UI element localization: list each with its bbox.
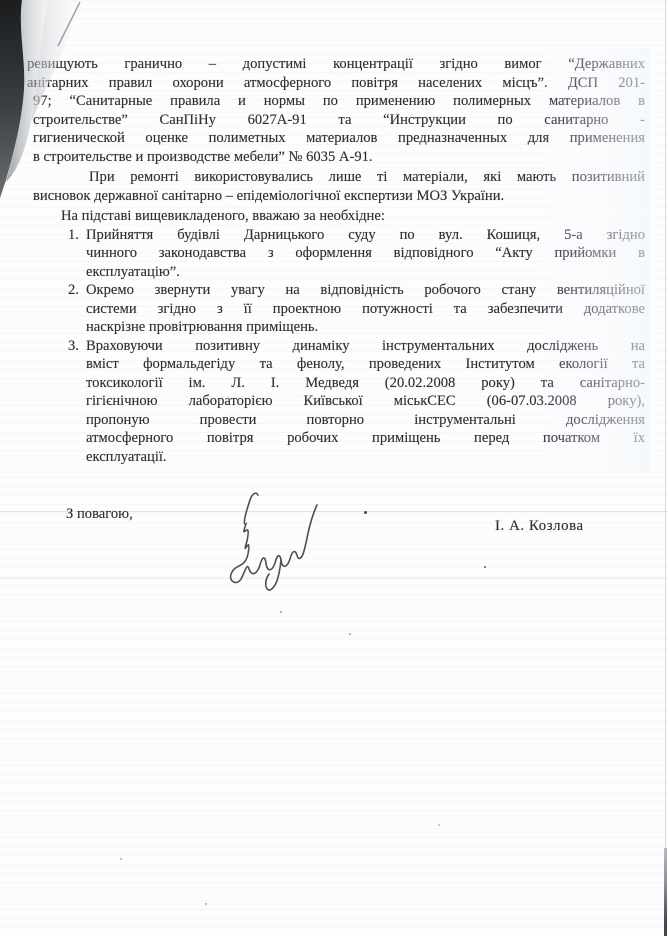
text-line: пропоную провести повторно інструменталь… <box>86 411 645 430</box>
text-line: токсикології ім. Л. І. Медведя (20.02.20… <box>86 374 645 393</box>
signature-image <box>212 488 332 603</box>
text-line: гігієнічною лабораторією Київської міськ… <box>86 392 645 411</box>
list-item: 1. Прийняття будівлі Дарницького суду по… <box>33 226 645 282</box>
text-line: атмосферного повітря робочих приміщень п… <box>86 429 645 448</box>
list-item: 2. Окремо звернути увагу на відповідніст… <box>33 281 645 337</box>
scan-speck <box>280 611 282 613</box>
list-item-number: 2. <box>68 281 79 300</box>
text-line: наскрізне провітрювання приміщень. <box>86 318 645 337</box>
signer-name: І. А. Козлова <box>495 518 584 535</box>
closing-salutation: З повагою, <box>66 506 133 523</box>
text-line: експлуатацію”. <box>86 263 645 282</box>
scan-speck <box>349 633 351 635</box>
scan-streak <box>0 578 668 579</box>
text-line: чинного законодавства з оформлення відпо… <box>86 244 645 263</box>
list-item-number: 3. <box>68 337 79 356</box>
scan-speck <box>120 858 122 860</box>
scan-edge-line <box>665 0 666 936</box>
scan-speck <box>438 824 440 826</box>
text-line: експлуатації. <box>86 448 645 467</box>
scan-speck <box>205 903 207 905</box>
page-corner-fold <box>0 0 160 230</box>
ink-dot <box>484 566 486 568</box>
list-item: 3. Враховуючи позитивну динаміку інструм… <box>33 337 645 467</box>
text-line: системи згідно з її проектною потужності… <box>86 300 645 319</box>
text-line: Окремо звернути увагу на відповідність р… <box>86 281 645 300</box>
numbered-list: 1. Прийняття будівлі Дарницького суду по… <box>33 226 645 467</box>
scan-edge-shadow <box>664 848 667 936</box>
text-line: Прийняття будівлі Дарницького суду по ву… <box>86 226 645 245</box>
ink-dot <box>364 511 367 514</box>
text-line: вміст формальдегіду та фенолу, проведени… <box>86 355 645 374</box>
scanned-document-page: ревищують гранично – допустимі концентра… <box>0 0 668 936</box>
text-line: Враховуючи позитивну динаміку інструмент… <box>86 337 645 356</box>
